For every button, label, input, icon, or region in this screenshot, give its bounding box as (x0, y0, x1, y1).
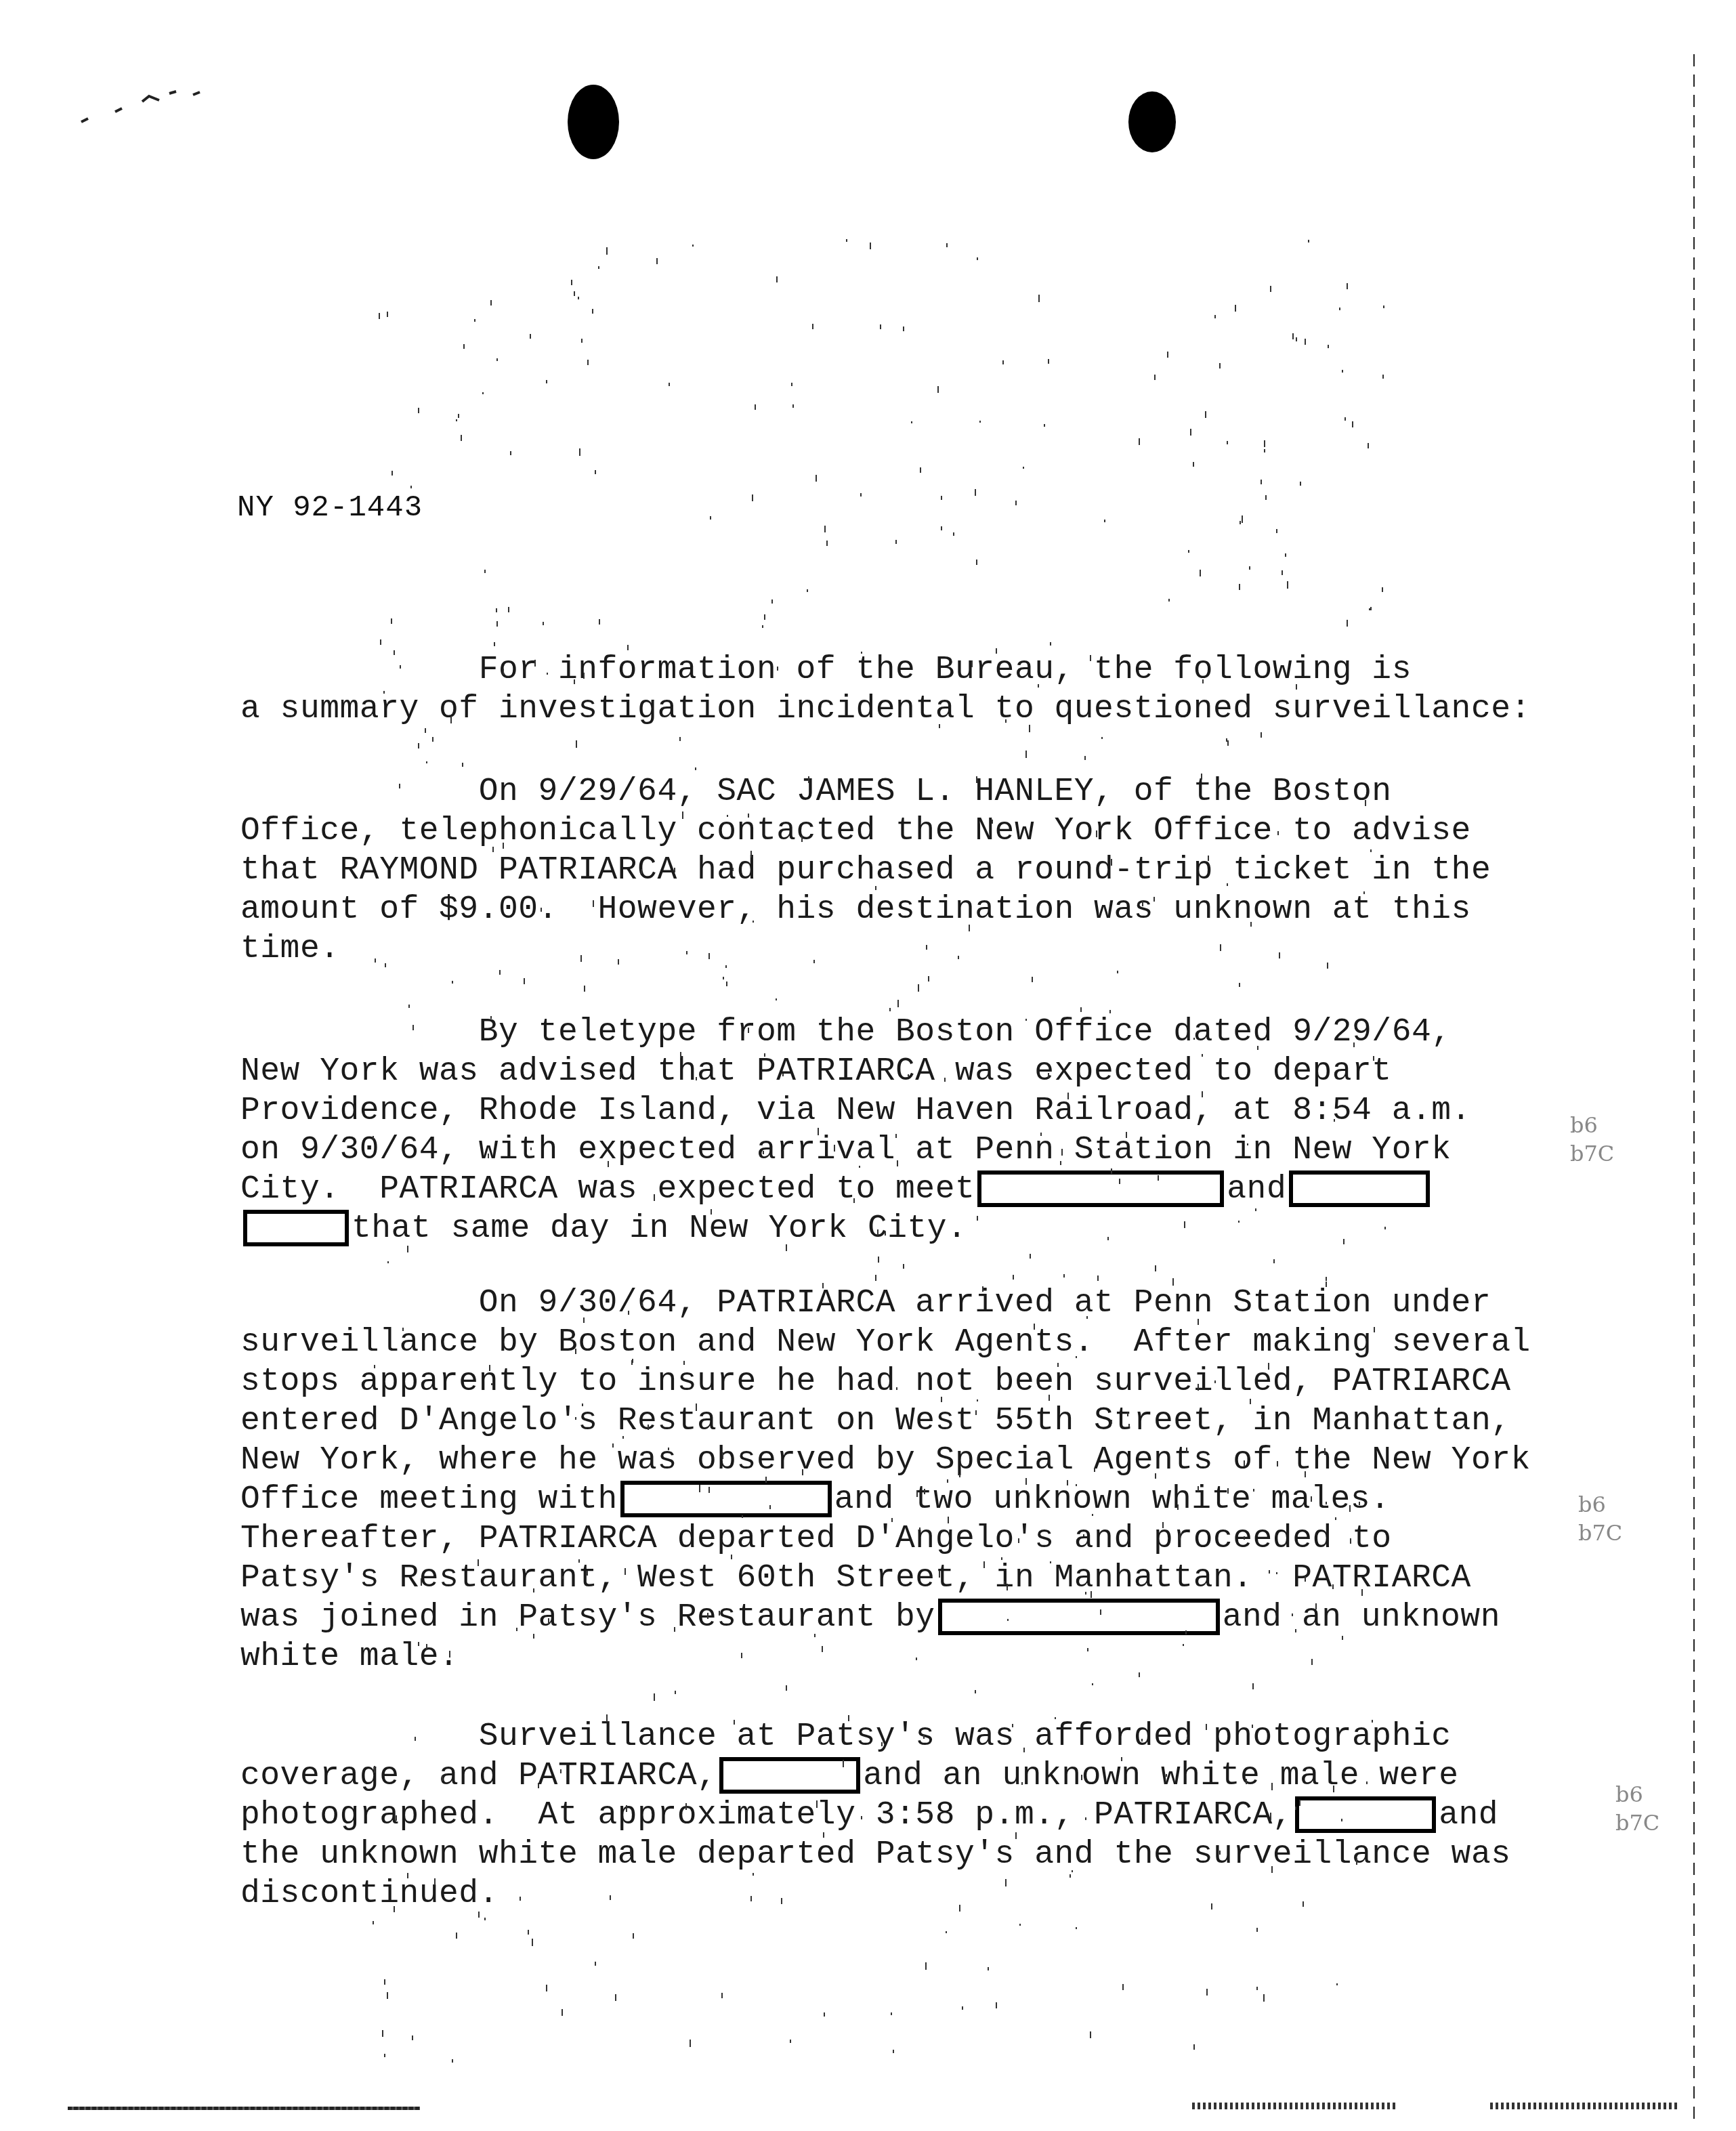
scan-speck (1096, 830, 1097, 837)
scan-speck (1263, 1994, 1265, 2002)
redaction-box (620, 1481, 832, 1517)
exemption-code: b6 (1615, 1780, 1659, 1809)
scan-speck (1179, 1533, 1181, 1540)
scan-speck (499, 970, 501, 975)
scan-speck (496, 608, 497, 612)
scan-speck (618, 959, 619, 965)
paragraph: For information of the Bureau, the follo… (240, 650, 1582, 729)
scan-speck (763, 1151, 764, 1154)
scan-speck (877, 1229, 878, 1236)
scan-speck (746, 1292, 748, 1297)
scan-speck (1200, 570, 1201, 576)
scan-speck (919, 1611, 920, 1616)
scan-speck (1076, 1484, 1077, 1486)
scan-speck (925, 1962, 927, 1970)
scan-speck (769, 1505, 771, 1509)
text-segment: Patsy's Restaurant, West 60th Street, in… (240, 1560, 1471, 1597)
scan-speck (410, 486, 412, 488)
scan-speck (387, 1992, 388, 1999)
scan-speck (1193, 462, 1194, 467)
text-segment: and (1227, 1171, 1286, 1208)
scan-speck (916, 1658, 917, 1660)
exemption-code: b7C (1570, 1139, 1614, 1168)
redaction-box (938, 1599, 1220, 1635)
scan-speck (675, 1691, 676, 1694)
scan-speck (1255, 1208, 1256, 1211)
scan-speck (1220, 944, 1221, 951)
scan-speck (394, 1906, 395, 1912)
scan-speck (1295, 1807, 1296, 1810)
scan-speck (753, 921, 754, 923)
scan-speck (1250, 922, 1252, 927)
scan-speck (1092, 1514, 1093, 1516)
text-segment: Office meeting with (240, 1481, 618, 1518)
scan-speck (1239, 983, 1240, 987)
scan-speck (1384, 1227, 1386, 1229)
punch-hole-left (568, 85, 619, 159)
scan-speck (1050, 642, 1051, 646)
scan-speck (975, 1410, 977, 1415)
text-line: Thereafter, PATRIARCA departed D'Angelo'… (240, 1519, 1582, 1559)
scan-speck (547, 673, 548, 675)
scan-speck (534, 660, 536, 667)
redaction-box (1295, 1796, 1436, 1833)
scan-speck (1005, 1879, 1007, 1886)
scan-speck (1365, 800, 1366, 806)
scan-speck (944, 1078, 946, 1082)
scan-speck (385, 963, 386, 967)
scan-speck (1206, 1724, 1207, 1730)
paragraph: By teletype from the Boston Office dated… (240, 1013, 1582, 1248)
scan-speck (387, 312, 388, 317)
scan-speck (1025, 751, 1027, 758)
scan-speck (396, 1815, 397, 1821)
scan-speck (1090, 655, 1091, 661)
scan-speck (891, 1518, 893, 1522)
scan-speck (992, 820, 993, 824)
text-line: Surveillance at Patsy's was afforded pho… (240, 1717, 1582, 1756)
scan-speck (1119, 1179, 1120, 1184)
scan-speck (510, 451, 511, 455)
scan-speck (711, 1209, 712, 1215)
scan-speck (786, 1244, 787, 1251)
scan-speck (765, 1477, 767, 1483)
scan-speck (731, 1555, 732, 1559)
scan-speck (946, 243, 948, 247)
scan-speck (1167, 352, 1168, 358)
scan-speck (870, 242, 871, 249)
scan-speck (719, 1611, 720, 1616)
scan-speck (407, 1246, 408, 1252)
scan-speck (996, 648, 997, 654)
scan-speck (622, 1436, 624, 1439)
scan-speck (1050, 1561, 1051, 1563)
scan-speck (380, 639, 381, 645)
scan-speck (1183, 1644, 1184, 1646)
text-line: New York was advised that PATRIARCA was … (240, 1052, 1582, 1091)
scan-speck (792, 1142, 793, 1144)
scan-speck (1219, 1851, 1221, 1855)
text-line: on 9/30/64, with expected arrival at Pen… (240, 1131, 1582, 1170)
scan-speck (928, 976, 929, 982)
scan-speck (524, 978, 525, 984)
scan-speck (548, 1618, 549, 1624)
scan-speck (1368, 443, 1369, 448)
scan-speck (1139, 438, 1140, 445)
scan-speck (1299, 1800, 1300, 1806)
scan-speck (1326, 1502, 1327, 1504)
scan-speck (654, 1194, 655, 1201)
scan-speck (1155, 1265, 1156, 1271)
scan-speck (1282, 570, 1283, 575)
scan-speck (668, 1448, 669, 1450)
scan-speck (1025, 1478, 1027, 1485)
scan-speck (771, 599, 773, 604)
scan-speck (606, 1714, 608, 1722)
text-segment: coverage, and PATRIARCA, (240, 1758, 717, 1794)
scan-speck (948, 1517, 949, 1523)
text-line: discontinued. (240, 1874, 1582, 1914)
scan-speck (412, 1025, 414, 1030)
scan-speck (839, 788, 840, 793)
scan-speck (903, 326, 904, 331)
text-line: a summary of investigation incidental to… (240, 690, 1582, 729)
scan-speck (1141, 1739, 1143, 1742)
scan-speck (1025, 1019, 1027, 1021)
scan-speck (578, 1559, 580, 1563)
scan-speck (1214, 1380, 1216, 1383)
scan-speck (1227, 441, 1228, 444)
scan-speck (861, 1816, 862, 1819)
text-line: By teletype from the Boston Office dated… (240, 1013, 1582, 1052)
scan-speck (1023, 1748, 1025, 1752)
scan-speck (824, 526, 826, 532)
scan-speck (415, 1737, 416, 1741)
scan-speck (727, 815, 728, 817)
text-segment: time. (240, 931, 340, 967)
text-line: that same day in New York City. (240, 1209, 1582, 1248)
scan-speck (1238, 1221, 1240, 1223)
text-segment: that RAYMOND PATRIARCA had purchased a r… (240, 852, 1491, 889)
scan-speck (1126, 1132, 1127, 1138)
scan-speck (969, 925, 970, 931)
scan-speck (615, 1994, 616, 2001)
scan-speck (654, 1693, 655, 1701)
scan-speck (1208, 856, 1209, 861)
scan-speck (593, 900, 594, 907)
scan-speck (1060, 1161, 1061, 1165)
scan-speck (1324, 1448, 1326, 1455)
scan-speck (669, 383, 670, 386)
scan-speck (721, 1993, 723, 1998)
scan-speck (988, 1967, 989, 1970)
scan-speck (1030, 1254, 1031, 1259)
scan-speck (581, 339, 583, 343)
scan-speck (587, 1571, 588, 1576)
scan-speck (496, 358, 498, 361)
scan-speck (456, 419, 457, 421)
scan-speck (1085, 1817, 1086, 1820)
scan-speck (1276, 1572, 1277, 1574)
scan-speck (1347, 283, 1348, 289)
scan-speck (516, 1628, 517, 1631)
scan-speck (679, 737, 681, 741)
scan-speck (1252, 1683, 1254, 1689)
scan-speck (452, 2059, 453, 2063)
scan-speck (1154, 375, 1156, 380)
scan-speck (1270, 1813, 1271, 1820)
scan-speck (1084, 756, 1086, 760)
scan-speck (808, 776, 809, 783)
scan-speck (533, 1634, 534, 1639)
text-segment: On 9/29/64, SAC JAMES L. HANLEY, of the … (240, 774, 1392, 810)
scan-speck (860, 493, 862, 497)
scan-speck (1049, 1395, 1050, 1401)
scan-speck (1100, 1609, 1101, 1615)
text-segment: stops apparently to insure he had not be… (240, 1364, 1511, 1400)
scan-speck (1111, 1168, 1112, 1174)
scan-speck (532, 1939, 533, 1946)
scan-speck (696, 1077, 697, 1080)
scan-speck (1244, 1536, 1245, 1540)
stray-marks (75, 81, 224, 129)
scan-speck (816, 1800, 818, 1808)
scan-speck (1188, 1147, 1189, 1154)
scan-speck (538, 1783, 539, 1788)
scan-speck (1048, 359, 1049, 364)
scan-speck (1349, 1505, 1351, 1512)
scan-speck (491, 1383, 492, 1385)
scan-speck (786, 1685, 787, 1691)
scan-speck (484, 1918, 486, 1920)
scan-speck (755, 404, 756, 410)
scan-speck (1048, 1073, 1049, 1078)
text-segment: was joined in Patsy's Restaurant by (240, 1599, 935, 1636)
scan-speck (1111, 1420, 1112, 1424)
scan-speck (624, 1568, 626, 1575)
scan-speck (494, 642, 495, 646)
text-segment: discontinued. (240, 1876, 499, 1912)
scan-speck (1256, 1987, 1258, 1990)
scan-speck (1081, 1775, 1082, 1780)
scan-speck (1021, 1782, 1023, 1785)
text-line: time. (240, 929, 1582, 969)
scan-speck (1076, 1927, 1077, 1929)
scan-speck (546, 380, 547, 383)
text-segment: and an unknown (1223, 1599, 1500, 1636)
scan-speck (1040, 1133, 1042, 1136)
text-line: New York, where he was observed by Speci… (240, 1441, 1582, 1480)
scan-speck (1038, 684, 1039, 688)
scan-speck (456, 1933, 457, 1939)
scan-speck (599, 619, 600, 625)
scan-speck (1087, 1648, 1088, 1651)
scan-speck (620, 1072, 621, 1079)
footer-rule (68, 2107, 420, 2110)
scan-speck (674, 1627, 675, 1632)
scan-speck (562, 1576, 564, 1579)
scan-speck (895, 540, 897, 544)
scan-speck (1265, 495, 1267, 500)
scan-speck (1240, 521, 1241, 524)
scan-speck (595, 470, 596, 474)
scan-speck (412, 2035, 413, 2040)
scan-speck (1214, 315, 1216, 318)
scan-speck (710, 516, 711, 520)
scan-speck (979, 421, 981, 423)
scan-speck (382, 2030, 383, 2037)
scan-speck (690, 2040, 691, 2047)
scan-speck (426, 1644, 427, 1650)
scan-speck (792, 404, 794, 408)
scan-speck (648, 1425, 649, 1430)
scan-speck (1336, 1983, 1338, 1985)
scan-speck (1383, 305, 1384, 308)
text-segment: Office, telephonically contacted the New… (240, 813, 1471, 849)
text-line: Office, telephonically contacted the New… (240, 811, 1582, 851)
scan-speck (975, 1690, 976, 1693)
scan-speck (918, 984, 919, 992)
scan-speck (753, 1873, 754, 1876)
text-segment: surveillance by Boston and New York Agen… (240, 1324, 1531, 1361)
scan-speck (1366, 1781, 1368, 1784)
text-segment: on 9/30/64, with expected arrival at Pen… (240, 1132, 1452, 1168)
scan-speck (1244, 1460, 1245, 1467)
scan-speck (699, 1485, 700, 1492)
scan-speck (1034, 1324, 1035, 1330)
scan-speck (463, 344, 465, 349)
scan-speck (641, 1302, 643, 1306)
scan-speck (1257, 1046, 1258, 1050)
text-line: amount of $9.00. However, his destinatio… (240, 890, 1582, 929)
scan-speck (383, 691, 385, 694)
scan-speck (449, 1651, 450, 1658)
scan-speck (734, 1720, 735, 1725)
scan-speck (598, 266, 599, 269)
scan-speck (1308, 240, 1309, 242)
scan-speck (971, 660, 973, 667)
scan-speck (1345, 417, 1346, 421)
scan-speck (911, 421, 912, 423)
scan-speck (752, 494, 753, 501)
scan-speck (1187, 1737, 1188, 1739)
scan-speck (962, 2006, 963, 2010)
paragraph: On 9/30/64, PATRIARCA arrived at Penn St… (240, 1284, 1582, 1676)
scan-speck (628, 1311, 629, 1315)
footer-fragment (1192, 2103, 1395, 2109)
scan-speck (1061, 1149, 1063, 1156)
scan-speck (1246, 1779, 1247, 1784)
scan-speck (920, 467, 921, 473)
scan-speck (813, 960, 815, 963)
scan-speck (1271, 1783, 1273, 1790)
scan-speck (627, 645, 629, 650)
scan-speck (587, 360, 589, 365)
scan-speck (708, 953, 710, 959)
scan-speck (941, 1397, 942, 1402)
scan-speck (1155, 1473, 1156, 1479)
exemption-code: b6 (1578, 1490, 1622, 1519)
scan-speck (1198, 1319, 1199, 1325)
scan-speck (1311, 1659, 1313, 1665)
scan-speck (875, 886, 876, 890)
exemption-codes-3: b6 b7C (1615, 1780, 1659, 1837)
scan-speck (606, 247, 608, 255)
scan-speck (1185, 1630, 1187, 1634)
scan-speck (1249, 566, 1250, 570)
scan-speck (1296, 1065, 1298, 1072)
scan-speck (947, 1479, 948, 1483)
scan-speck (1172, 1278, 1174, 1286)
scan-speck (1261, 732, 1262, 738)
scan-speck (490, 300, 492, 305)
text-segment: For information of the Bureau, the follo… (240, 652, 1412, 688)
scan-speck (1276, 529, 1277, 533)
redaction-box (243, 1210, 349, 1246)
scan-speck (1063, 1274, 1065, 1278)
scan-speck (1359, 1502, 1360, 1505)
scan-speck (1092, 1683, 1093, 1685)
scan-speck (1333, 1786, 1334, 1792)
scan-speck (1353, 1042, 1355, 1047)
scan-speck (1139, 1672, 1140, 1677)
scan-speck (822, 1283, 824, 1288)
punch-hole-right (1128, 91, 1176, 152)
scan-speck (1067, 1480, 1068, 1485)
scan-speck (816, 475, 817, 482)
scan-speck (576, 740, 577, 748)
scan-speck (1292, 333, 1294, 339)
scan-speck (1086, 1316, 1088, 1319)
scan-speck (1296, 337, 1297, 341)
scan-speck (846, 239, 847, 242)
scan-speck (822, 1646, 823, 1652)
scan-speck (1007, 1584, 1008, 1590)
scan-speck (1193, 2044, 1195, 2050)
scan-speck (982, 1286, 983, 1292)
text-segment: New York, where he was observed by Speci… (240, 1442, 1531, 1479)
scan-speck (1352, 421, 1353, 427)
scan-speck (1334, 1119, 1335, 1122)
scan-speck (1335, 1517, 1336, 1520)
scan-speck (814, 1634, 816, 1637)
scan-speck (530, 1147, 532, 1150)
scan-speck (1128, 1424, 1130, 1427)
scan-speck (861, 652, 862, 654)
scan-speck (916, 1490, 918, 1497)
scan-speck (633, 1933, 634, 1939)
scan-speck (1015, 1832, 1017, 1839)
scan-speck (764, 614, 765, 620)
scan-speck (1295, 1629, 1296, 1632)
scan-speck (776, 276, 778, 282)
scan-speck (958, 956, 959, 959)
scan-speck (823, 1832, 824, 1838)
scan-speck (582, 1404, 583, 1406)
scan-speck (1202, 1091, 1203, 1097)
scan-speck (1122, 1984, 1124, 1990)
scan-speck (418, 408, 419, 413)
text-segment: a summary of investigation incidental to… (240, 691, 1531, 727)
exemption-code: b6 (1570, 1111, 1614, 1139)
scan-speck (1211, 1903, 1212, 1910)
scan-speck (939, 724, 940, 728)
scan-speck (579, 448, 580, 456)
scan-speck (1080, 1007, 1082, 1012)
scan-speck (977, 1216, 978, 1221)
scan-speck (474, 319, 475, 322)
scan-speck (1227, 1488, 1229, 1494)
